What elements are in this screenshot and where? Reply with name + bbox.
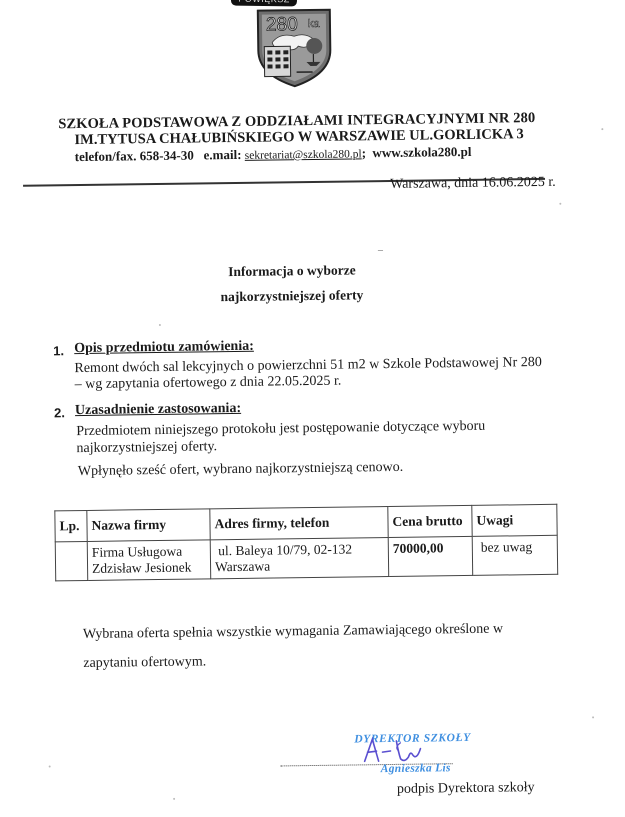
header-price: Cena brutto <box>388 505 472 537</box>
company-name-line1: Firma Usługowa <box>92 543 206 560</box>
scan-mark: – <box>378 245 383 256</box>
address-line2: Warszawa <box>215 557 384 575</box>
section-2-text-line2: najkorzystniejszej oferty. <box>76 439 217 457</box>
document-title-line1: Informacja o wyborze <box>228 262 356 280</box>
phone-text: telefon/fax. 658-34-30 <box>75 148 194 165</box>
conclusion-line1: Wybrana oferta spełnia wszystkie wymagan… <box>83 622 503 643</box>
scan-speck <box>49 765 51 767</box>
email-label: e.mail: <box>203 147 241 162</box>
document-title-line2: najkorzystniejszej oferty <box>220 287 363 305</box>
section-1-text-line2: – wg zapytania ofertowego z dnia 22.05.2… <box>75 374 342 393</box>
stamp-name: Agnieszka Lis <box>381 762 451 775</box>
cell-lp <box>55 541 88 580</box>
svg-text:ka: ka <box>308 18 321 30</box>
section-1-heading: Opis przedmiotu zamówienia: <box>74 339 254 357</box>
company-name-line2: Zdzisław Jesionek <box>92 559 206 576</box>
conclusion-line2: zapytaniu ofertowym. <box>83 654 206 672</box>
handwritten-signature-icon <box>360 734 430 765</box>
header-company-name: Nazwa firmy <box>87 509 210 542</box>
signature-label: podpis Dyrektora szkoły <box>397 780 535 798</box>
scan-speck <box>159 324 161 326</box>
section-2-text-line3: Wpłynęło sześć ofert, wybrano najkorzyst… <box>78 460 404 480</box>
section-2-text-line1: Przedmiotem niniejszego protokołu jest p… <box>76 419 485 440</box>
section-1-number: 1. <box>53 343 64 358</box>
cell-price: 70000,00 <box>388 536 473 576</box>
school-crest-icon: 280 ka <box>254 6 335 89</box>
header-address: Adres firmy, telefon <box>210 507 388 540</box>
cell-notes: bez uwag <box>472 535 558 575</box>
header-notes: Uwagi <box>472 504 557 536</box>
document-page: 280 ka SZKOŁA PODSTAWOWA Z ODDZIAŁAMI IN… <box>0 0 625 817</box>
scan-speck <box>601 128 603 130</box>
scan-speck <box>173 798 175 800</box>
cell-address: ul. Baleya 10/79, 02-132 Warszawa <box>210 538 388 579</box>
scan-speck <box>592 716 594 718</box>
section-2-heading: Uzasadnienie zastosowania: <box>75 401 241 419</box>
scan-speck <box>559 203 561 205</box>
separator: ; <box>362 145 367 160</box>
website-link[interactable]: www.szkola280.pl <box>372 144 471 160</box>
header-lp: Lp. <box>55 510 87 541</box>
table-row: Firma Usługowa Zdzisław Jesionek ul. Bal… <box>55 535 557 581</box>
offers-table: Lp. Nazwa firmy Adres firmy, telefon Cen… <box>54 504 558 582</box>
document-date: Warszawa, dnia 16.06.2025 r. <box>390 175 556 193</box>
section-2-number: 2. <box>54 405 65 420</box>
email-link[interactable]: sekretariat@szkola280.pl <box>245 148 362 162</box>
cell-company-name: Firma Usługowa Zdzisław Jesionek <box>87 540 210 581</box>
svg-text:280: 280 <box>266 14 298 35</box>
